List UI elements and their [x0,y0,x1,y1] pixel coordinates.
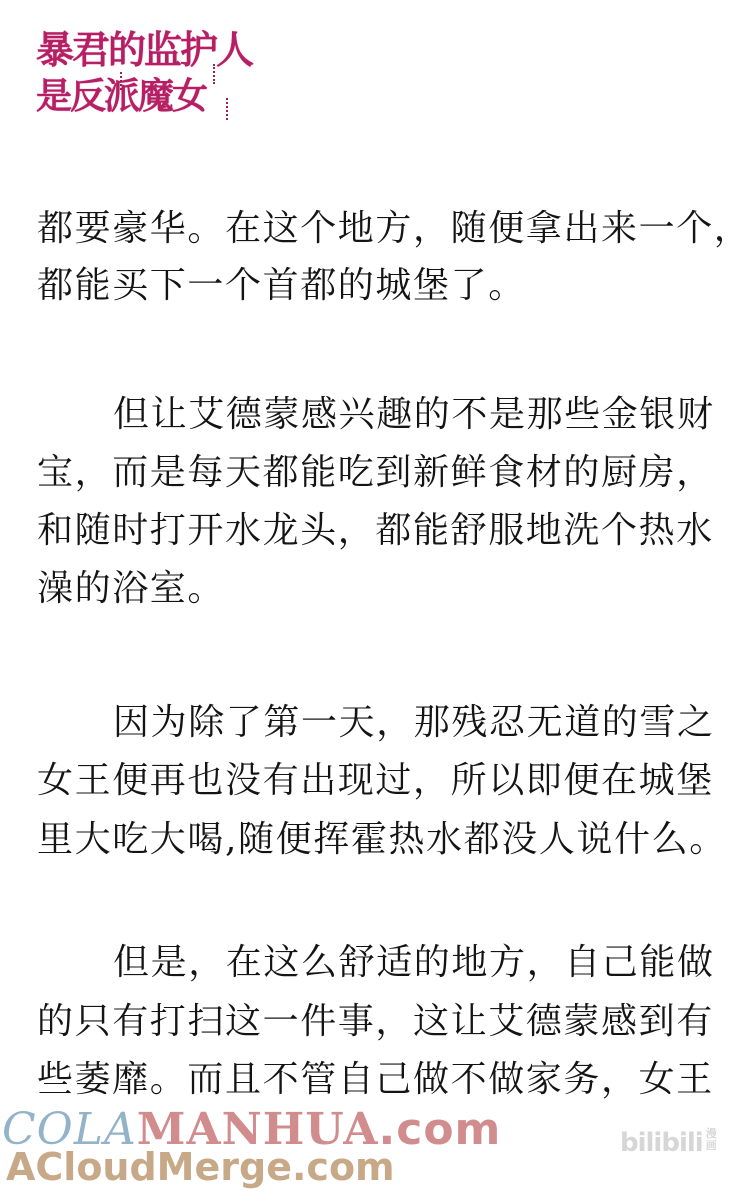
text-line: 因为除了第一天，那残忍无道的雪之 [113,701,753,745]
logo-ornament-dots [120,72,124,90]
text-line: 都要豪华。在这个地方，随便拿出来一个， [37,207,727,251]
bilibili-logo: bilibili漫画 [620,1128,718,1158]
text-line: 和随时打开水龙头，都能舒服地洗个热水 [37,509,727,553]
logo-title-line-1: 暴君的监护人 [36,28,252,72]
text-line: 宝，而是每天都能吃到新鲜食材的厨房， [37,451,727,495]
logo-ornament-dots [226,98,230,120]
acloudmerge-watermark: ACloudMerge.com [6,1146,395,1188]
watermark-com: .com [379,1104,502,1155]
bilibili-wordmark: bilibili [620,1128,703,1158]
logo-ornament-dots [213,64,217,84]
text-line: 澡的浴室。 [37,567,727,611]
series-title-logo: 暴君的监护人 是反派魔女 [36,28,266,128]
bilibili-manhua-label: 漫画 [706,1128,718,1152]
text-line: 的只有打扫这一件事，这让艾德蒙感到有 [37,1000,727,1044]
text-line: 都能买下一个首都的城堡了。 [37,264,727,308]
text-line: 但让艾德蒙感兴趣的不是那些金银财 [113,393,753,437]
text-line: 女王便再也没有出现过，所以即便在城堡 [37,759,727,803]
text-line: 里大吃大喝,随便挥霍热水都没人说什么。 [37,818,727,862]
text-line: 但是，在这么舒适的地方，自己能做 [113,941,753,985]
text-line: 些萎靡。而且不管自己做不做家务，女王 [37,1058,727,1102]
